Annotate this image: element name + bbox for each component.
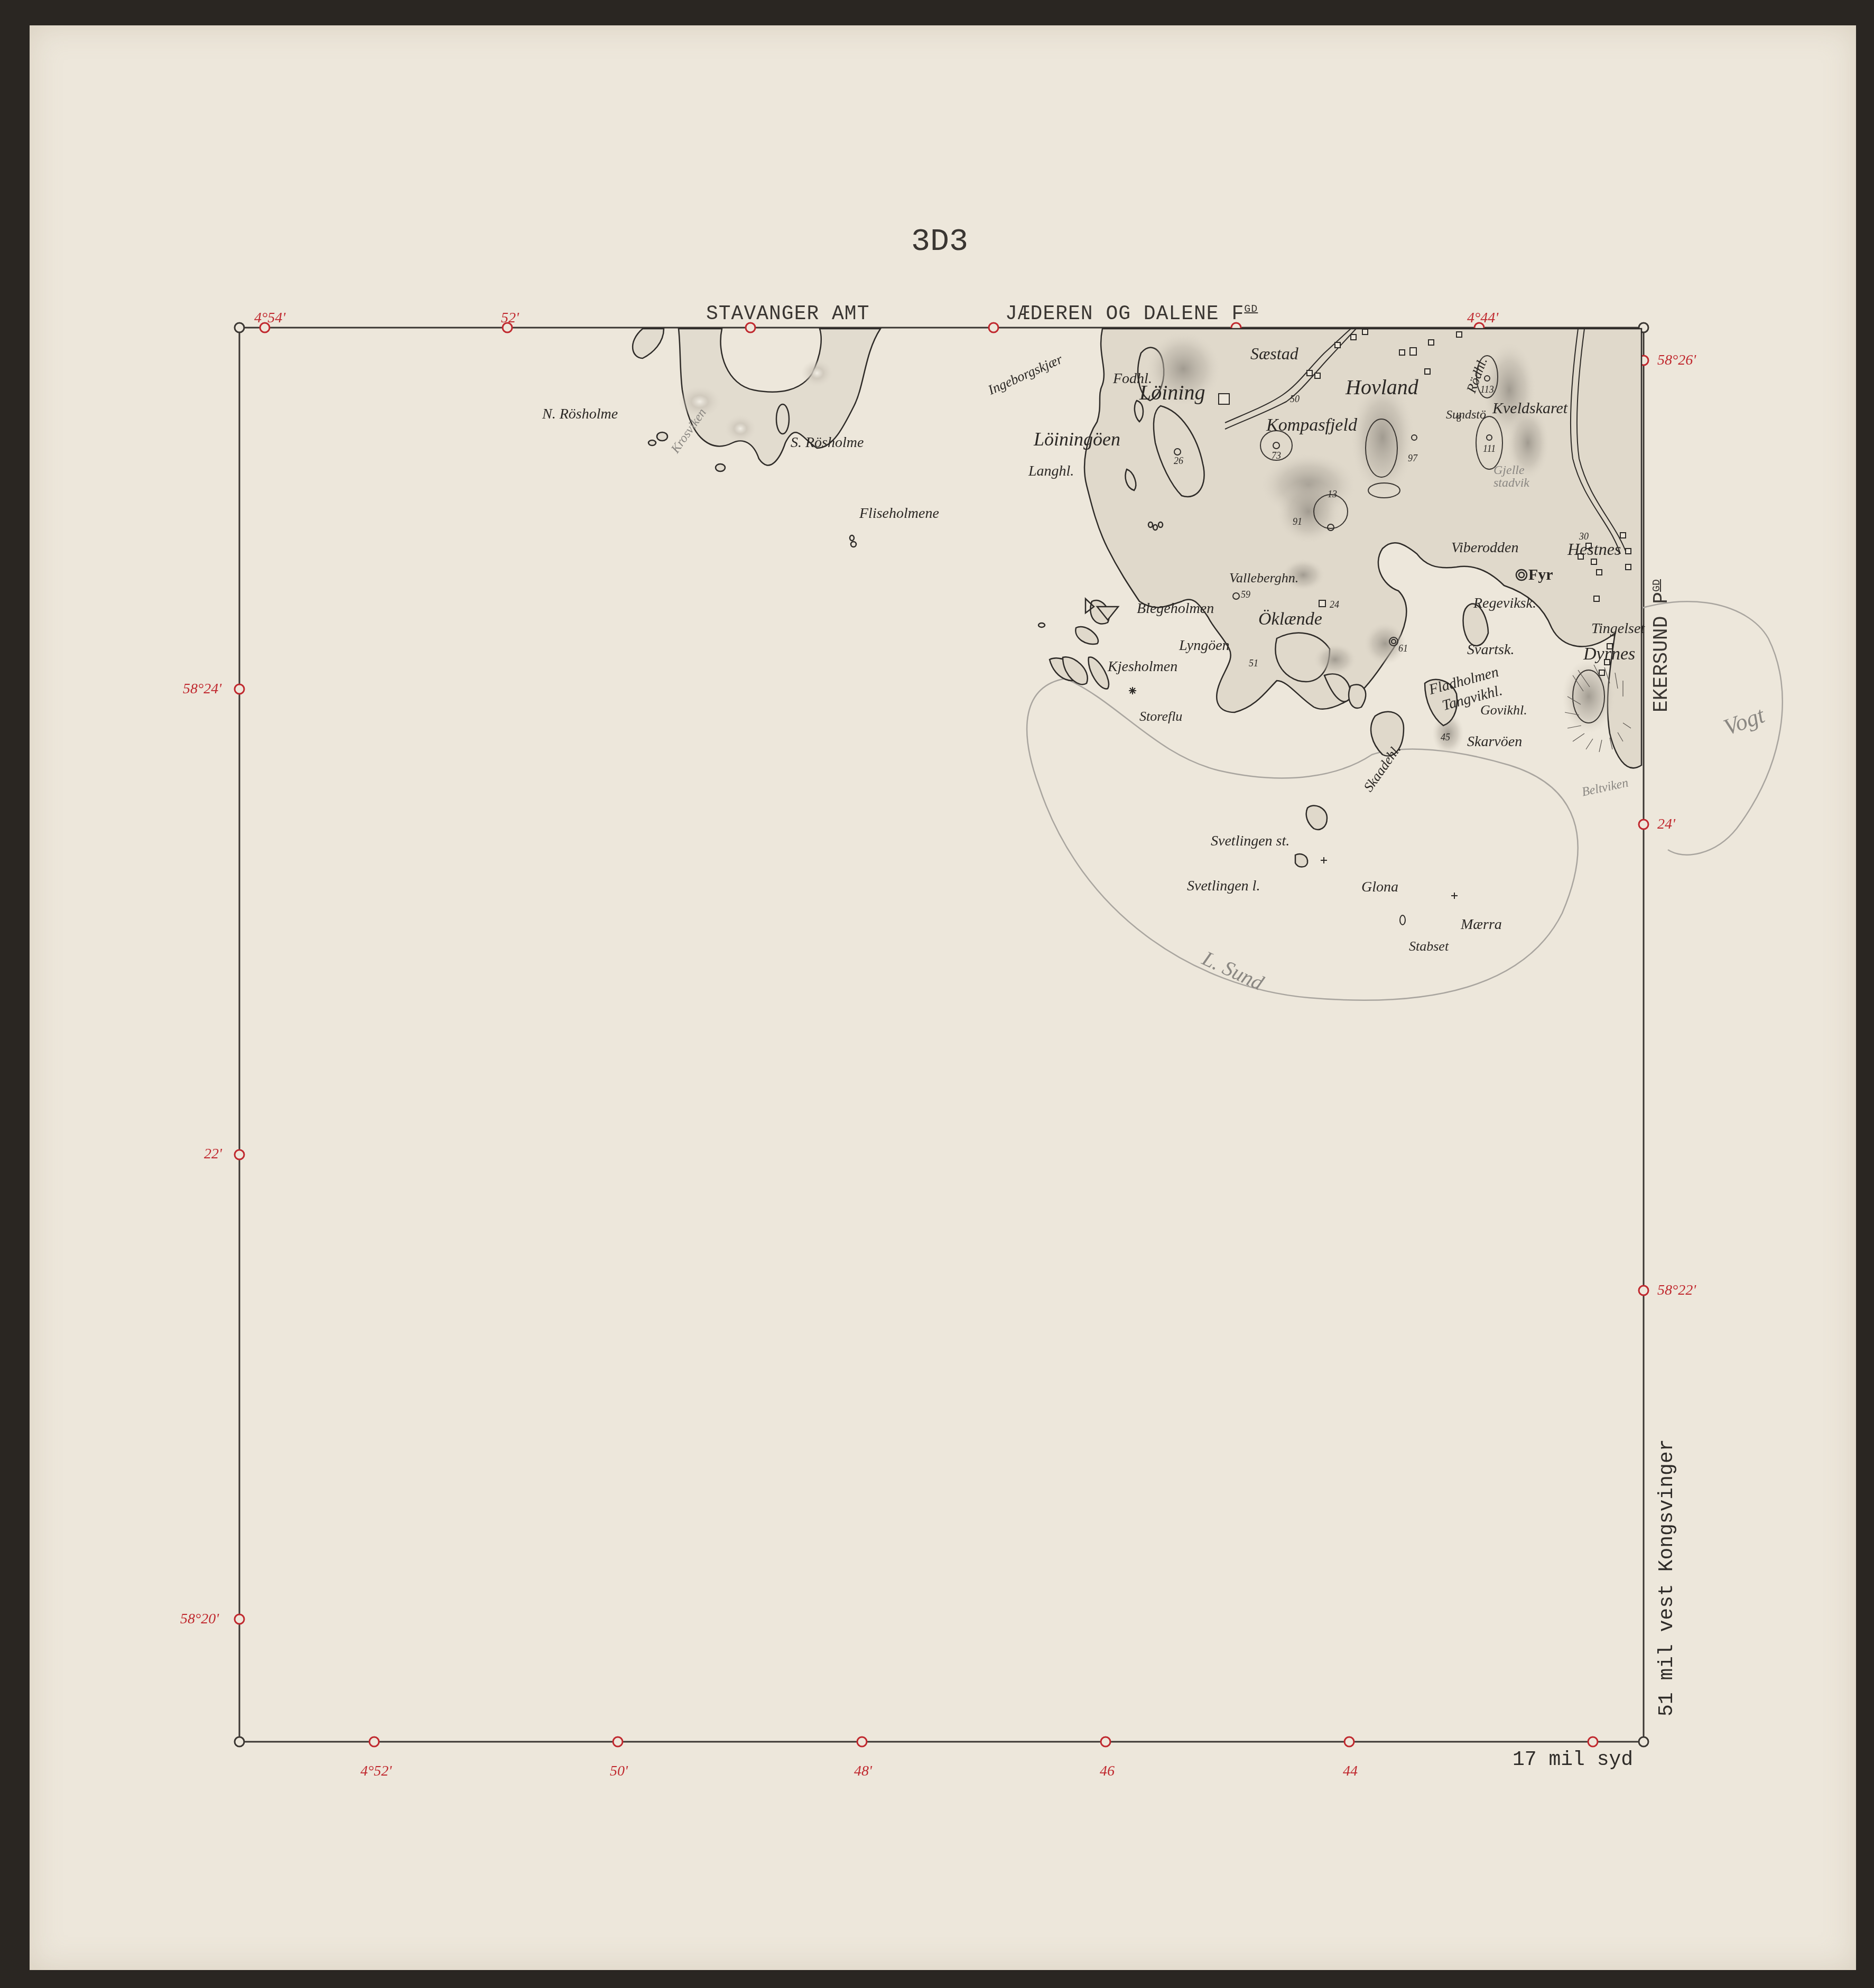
region-label-jaederen: JÆDEREN OG DALENE FGD — [1005, 304, 1258, 324]
bottom-tick-label: 46 — [1100, 1764, 1115, 1779]
place-tingelset: Tingelset — [1591, 621, 1645, 636]
place-loiningoen: Löiningöen — [1034, 430, 1120, 449]
frame-corner-bl — [235, 1737, 244, 1747]
top-tick-label: 52' — [501, 311, 519, 326]
height-label: 45 — [1441, 732, 1450, 742]
height-label: 24 — [1330, 600, 1339, 609]
west-distance-label: 51 mil vest Kongsvinger — [1657, 1439, 1677, 1717]
place-loining: Löining — [1139, 382, 1205, 403]
frame-corner-tl — [235, 323, 244, 332]
region-label-stavanger: STAVANGER AMT — [706, 304, 869, 324]
right-tick-label: 24' — [1657, 817, 1675, 832]
height-label: 111 — [1483, 444, 1496, 453]
region-label-ekersund: EKERSUND PGD — [1652, 579, 1672, 712]
place-skarvoen: Skarvöen — [1467, 735, 1522, 749]
right-tick-label: 58°22' — [1657, 1283, 1696, 1298]
height-label: 113 — [1480, 385, 1494, 394]
place-dyrnes: Dyrnes — [1583, 645, 1635, 663]
bottom-tick-label: 50' — [610, 1764, 628, 1779]
place-kjesholmen: Kjesholmen — [1108, 659, 1177, 674]
place-lyngoen: Lyngöen — [1179, 638, 1230, 653]
region-label-jaederen-sup: GD — [1244, 303, 1258, 315]
top-tick-label: 4°44' — [1467, 311, 1498, 326]
region-label-jaederen-text: JÆDEREN OG DALENE F — [1005, 303, 1244, 326]
height-label: 73 — [1272, 451, 1281, 460]
place-svetlingen-st: Svetlingen st. — [1211, 834, 1289, 849]
height-label: 13 — [1328, 489, 1337, 499]
place-viberodden: Viberodden — [1451, 541, 1519, 555]
place-blegeholmen: Blegeholmen — [1137, 601, 1214, 616]
map-sheet: 3D3 STAVANGER AMT JÆDEREN OG DALENE FGD … — [30, 25, 1856, 1970]
height-label: 51 — [1249, 658, 1258, 668]
place-hestnes: Hestnes — [1567, 541, 1621, 558]
place-maerra: Mærra — [1461, 917, 1502, 932]
height-label: 50 — [1290, 394, 1300, 404]
height-label: 30 — [1579, 532, 1589, 541]
right-tick-label: 58°26' — [1657, 353, 1696, 368]
place-sundsto: Sundstö — [1446, 408, 1486, 421]
place-kveldskaret: Kveldskaret — [1492, 401, 1567, 416]
region-label-ekersund-text: EKERSUND P — [1650, 592, 1673, 712]
place-govikhl: Govikhl. — [1480, 703, 1527, 717]
place-saestad: Sæstad — [1250, 345, 1298, 362]
place-storeflu: Storeflu — [1139, 710, 1182, 723]
place-regeviksk: Regeviksk. — [1473, 596, 1536, 611]
height-label: 61 — [1398, 644, 1408, 653]
left-tick-label: 22' — [204, 1147, 222, 1162]
islet-fliseholmene — [850, 535, 856, 547]
place-n-rosholme: N. Rösholme — [542, 407, 618, 422]
region-label-ekersund-sup: GD — [1651, 579, 1663, 592]
place-svartsk: Svartsk. — [1467, 643, 1514, 657]
height-label: 97 — [1408, 453, 1417, 463]
left-tick-label: 58°24' — [183, 682, 221, 696]
south-distance-label: 17 mil syd — [1513, 1750, 1633, 1770]
top-tick-label: 4°54' — [254, 311, 285, 326]
place-fyr: Fyr — [1528, 567, 1553, 583]
place-stabset: Stabset — [1409, 940, 1449, 953]
place-svetlingen-l: Svetlingen l. — [1187, 879, 1260, 894]
left-tick-label: 58°20' — [180, 1612, 219, 1627]
place-glona: Glona — [1361, 880, 1398, 895]
height-label: 59 — [1241, 590, 1250, 599]
bottom-tick-label: 4°52' — [360, 1764, 392, 1779]
map-canvas — [30, 25, 1856, 1970]
place-hovland: Hovland — [1346, 377, 1418, 398]
place-kompasfjeld: Kompasfjeld — [1266, 416, 1357, 434]
place-valleberg: Valleberghn. — [1229, 571, 1298, 585]
bottom-tick-label: 44 — [1343, 1764, 1358, 1779]
place-gjellestadvik: Gjelle stadvik — [1493, 464, 1541, 489]
sheet-id: 3D3 — [911, 226, 968, 258]
frame-corner-br — [1639, 1737, 1648, 1747]
place-oklaende: Öklænde — [1258, 610, 1322, 628]
height-label: 26 — [1174, 456, 1183, 466]
place-fliseholmene: Fliseholmene — [859, 506, 939, 521]
place-langhl: Langhl. — [1028, 464, 1074, 479]
height-label: 8 — [1456, 414, 1461, 423]
bottom-tick-label: 48' — [854, 1764, 872, 1779]
height-label: 91 — [1293, 517, 1302, 526]
place-s-rosholme: S. Rösholme — [791, 435, 864, 450]
